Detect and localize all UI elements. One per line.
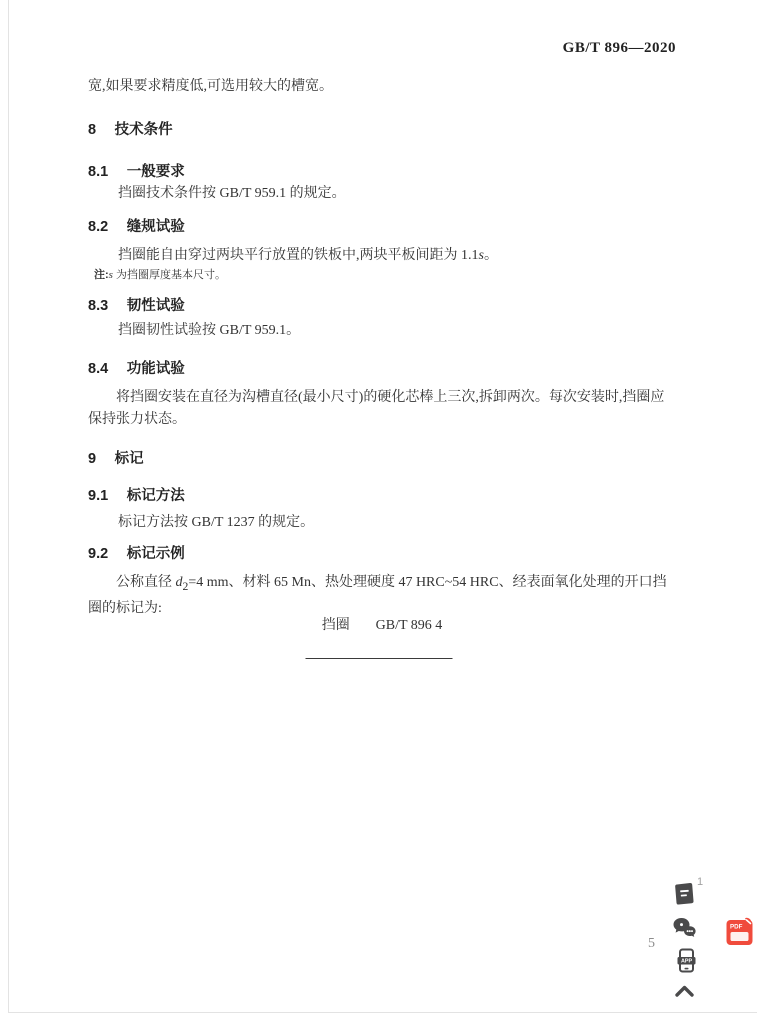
section-8-2-heading: 8.2 缝规试验 — [88, 215, 676, 236]
section-8-heading: 8 技术条件 — [88, 118, 676, 139]
end-of-document-rule — [305, 658, 452, 659]
section-number: 9 — [88, 451, 96, 467]
pdf-badge-icon[interactable]: PDF — [726, 917, 753, 947]
section-title: 标记方法 — [127, 484, 185, 505]
section-number: 8.3 — [88, 298, 108, 314]
section-number: 8 — [88, 122, 96, 138]
notes-count-badge: 1 — [697, 876, 703, 888]
section-9-2-heading: 9.2 标记示例 — [88, 542, 676, 563]
section-9-heading: 9 标记 — [88, 447, 676, 468]
section-9-1-paragraph: 标记方法按 GB/T 1237 的规定。 — [88, 512, 676, 534]
section-number: 9.1 — [88, 488, 108, 504]
standard-number-header: GB/T 896—2020 — [88, 40, 676, 57]
variable-d: d — [176, 575, 183, 590]
page-border-left — [8, 0, 9, 1012]
section-8-1-paragraph: 挡圈技术条件按 GB/T 959.1 的规定。 — [88, 183, 676, 205]
section-title: 标记示例 — [127, 542, 185, 563]
section-8-4-heading: 8.4 功能试验 — [88, 357, 676, 378]
section-title: 标记 — [115, 447, 144, 468]
page-border-bottom — [8, 1012, 757, 1013]
section-title: 技术条件 — [115, 118, 173, 139]
app-download-icon[interactable]: APP — [675, 948, 699, 972]
continuation-paragraph: 宽,如果要求精度低,可选用较大的槽宽。 — [88, 76, 676, 98]
app-label: APP — [681, 959, 692, 965]
section-8-3-paragraph: 挡圈韧性试验按 GB/T 959.1。 — [88, 320, 676, 342]
section-8-2-paragraph: 挡圈能自由穿过两块平行放置的铁板中,两块平板间距为 1.1s。 — [88, 245, 676, 267]
section-title: 功能试验 — [127, 357, 185, 378]
section-number: 8.4 — [88, 361, 108, 377]
section-title: 一般要求 — [127, 160, 185, 181]
variable-s: s — [109, 269, 113, 281]
section-8-3-heading: 8.3 韧性试验 — [88, 294, 676, 315]
comments-icon[interactable] — [672, 915, 696, 939]
note-label: 注: — [94, 269, 109, 281]
section-8-1-heading: 8.1 一般要求 — [88, 160, 676, 181]
designation-example: 挡圈 GB/T 896 4 — [88, 614, 676, 634]
example-product-name: 挡圈 — [322, 618, 350, 633]
page-number: 5 — [648, 936, 655, 952]
section-8-2-note: 注:s为挡圈厚度基本尺寸。 — [94, 266, 676, 282]
section-title: 缝规试验 — [127, 215, 185, 236]
example-standard-code: GB/T 896 4 — [376, 618, 443, 633]
section-8-4-paragraph: 将挡圈安装在直径为沟槽直径(最小尺寸)的硬化芯棒上三次,拆卸两次。每次安装时,挡… — [88, 387, 676, 431]
section-9-2-paragraph: 公称直径 d2=4 mm、材料 65 Mn、热处理硬度 47 HRC~54 HR… — [88, 572, 676, 620]
notes-icon[interactable] — [673, 882, 697, 906]
back-to-top-icon[interactable] — [673, 983, 697, 1007]
section-number: 8.1 — [88, 164, 108, 180]
section-number: 9.2 — [88, 546, 108, 562]
pdf-label: PDF — [730, 924, 743, 931]
section-9-1-heading: 9.1 标记方法 — [88, 484, 676, 505]
section-number: 8.2 — [88, 219, 108, 235]
section-title: 韧性试验 — [127, 294, 185, 315]
